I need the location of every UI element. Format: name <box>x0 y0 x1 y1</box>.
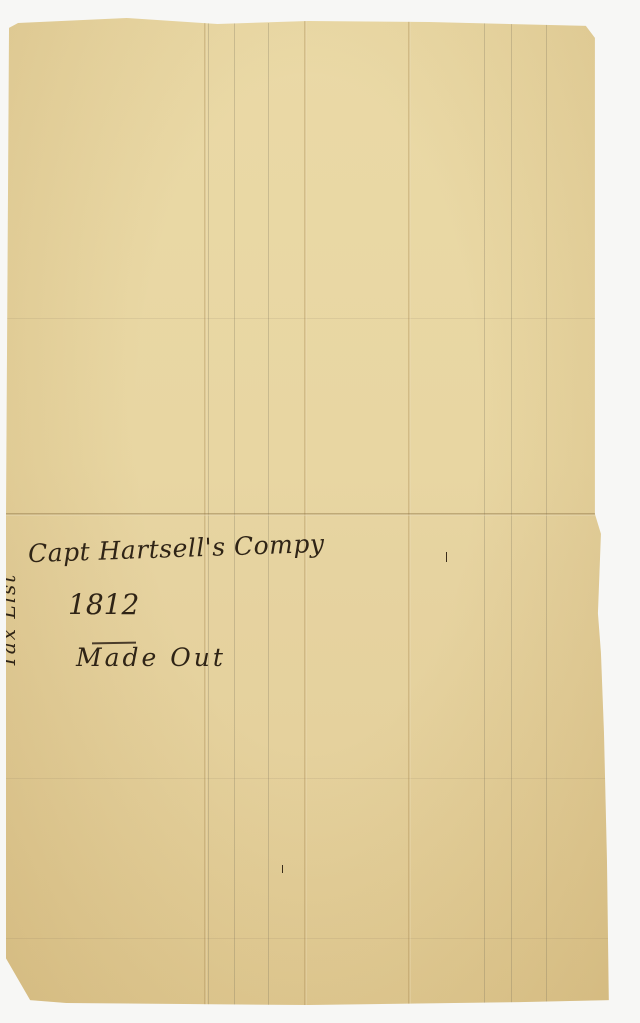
side-label-vertical: Tax List <box>0 573 20 668</box>
ink-mark <box>446 552 447 562</box>
docket-title: Capt Hartsell's Compy <box>28 529 325 568</box>
horizontal-fold-crease <box>6 513 610 516</box>
manuscript-page: Capt Hartsell's Compy 1812 Made Out Tax … <box>6 18 610 1010</box>
docket-year: 1812 <box>68 588 139 621</box>
ruled-row-line <box>6 938 610 939</box>
ink-mark <box>282 865 283 873</box>
docket-status: Made Out <box>76 643 226 672</box>
ruled-row-line <box>6 778 610 779</box>
ruled-row-line <box>6 318 610 319</box>
